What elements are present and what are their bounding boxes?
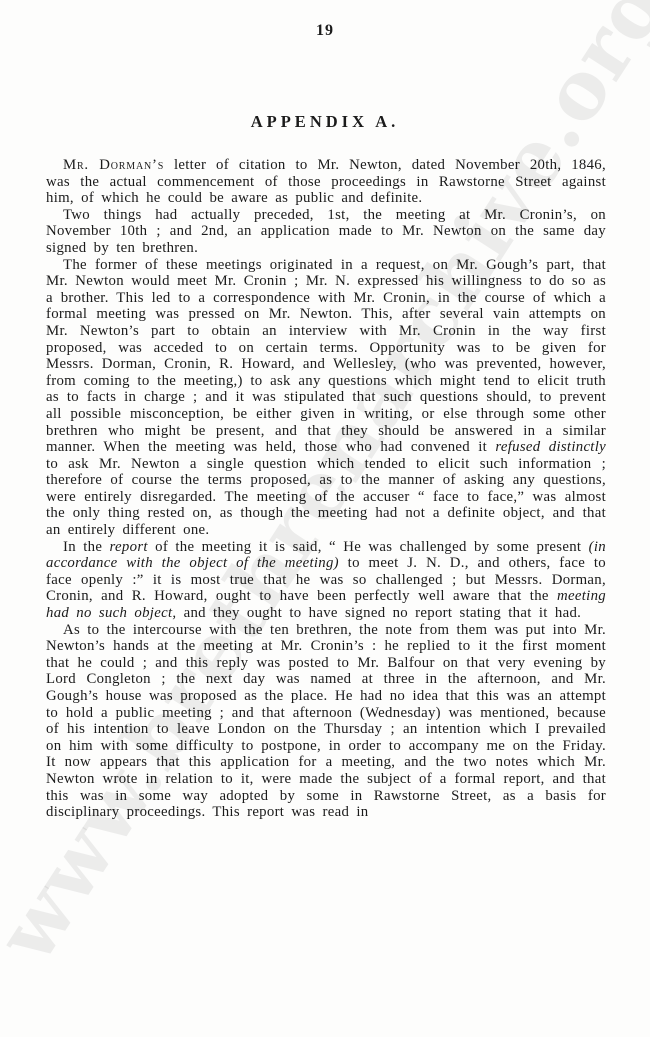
text-run: of the meeting it is said, “ He was chal… [148,539,589,555]
text-run: The former of these meetings originated … [46,257,606,456]
paragraph: Two things had actually preceded, 1st, t… [46,207,606,257]
body-text: Mr. Dorman’s letter of citation to Mr. N… [46,157,606,821]
paragraph: As to the intercourse with the ten breth… [46,622,606,821]
text-run: to ask Mr. Newton a single question whic… [46,456,606,538]
page-number: 19 [0,0,650,40]
italic-text-run: refused distinctly [495,439,606,455]
italic-text-run: report [110,539,148,555]
text-run: and they ought to have signed no report … [176,605,581,621]
paragraph: In the report of the meeting it is said,… [46,539,606,622]
text-run: As to the intercourse with the ten breth… [46,622,606,821]
text-run: Two things had actually preceded, 1st, t… [46,207,606,256]
appendix-heading: APPENDIX A. [0,112,650,132]
text-run: In the [63,539,110,555]
page-content: 19 APPENDIX A. Mr. Dorman’s letter of ci… [0,0,650,821]
paragraph: The former of these meetings originated … [46,257,606,539]
paragraph: Mr. Dorman’s letter of citation to Mr. N… [46,157,606,207]
smallcaps-text-run: Mr. Dorman’s [63,157,164,173]
document-page: www.brethrenarchive.org 19 APPENDIX A. M… [0,0,650,1037]
